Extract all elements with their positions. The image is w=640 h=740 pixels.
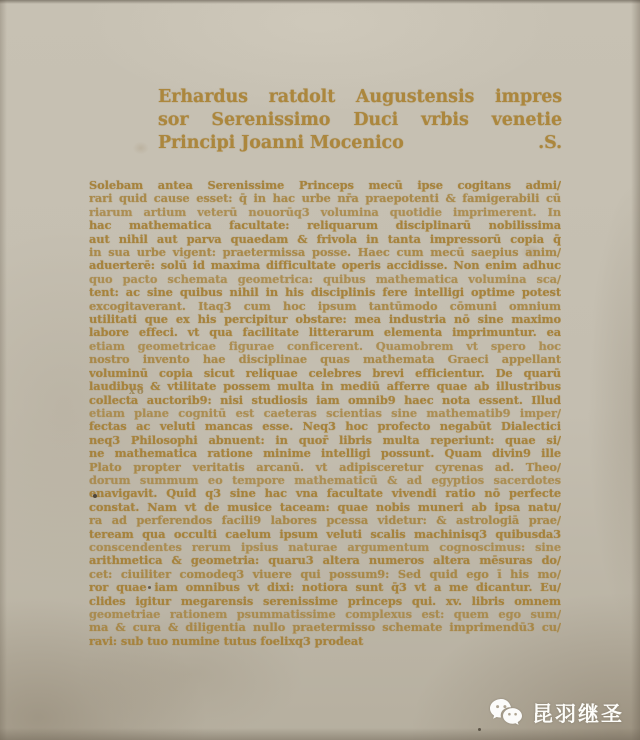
ink-spot (478, 728, 481, 731)
body-line: quo pacto schemata geometrica: quibus ma… (89, 273, 561, 286)
body-line: voluminū copia sicut reliquae celebres b… (89, 367, 561, 380)
body-line: constat. Nam vt de musice taceam: quae n… (89, 501, 561, 514)
ink-spot (93, 494, 97, 498)
body-line: etiam geometricae figurae conficerent. Q… (89, 340, 561, 353)
body-line: fectas ac veluti mancas esse. Neq3 hoc p… (89, 420, 561, 433)
body-line: in sua urbe vigent: praetermissa posse. … (89, 246, 561, 259)
body-line: cet: ciuiliter comodeq3 viuere qui possu… (89, 568, 561, 581)
body-line: geometriae rationem psummatissime comple… (89, 608, 561, 621)
watermark: 昆羽继圣 (489, 698, 624, 728)
body-line: etiam plane cognitū est caeteras scienti… (89, 407, 561, 420)
body-line: teream qua occulti caelum ipsum veluti s… (89, 528, 561, 541)
body-line: excogitaverant. Itaq3 cum hoc ipsum tant… (89, 300, 561, 313)
ink-spot (148, 586, 151, 589)
body-line: utilitati que ex his percipitur obstare:… (89, 313, 561, 326)
body-line: riarum artium veterū nouorūq3 volumina q… (89, 206, 561, 219)
body-line: enavigavit. Quid q3 sine hac vna faculta… (89, 487, 561, 500)
body-line: conscendentes rerum ipsius naturae argum… (89, 541, 561, 554)
body-line: arithmetica & geometria: quaru3 altera n… (89, 554, 561, 567)
body-line: aduerterē: solū id maxima difficultate o… (89, 259, 561, 272)
header-line: sor Serenissimo Duci vrbis venetie (158, 109, 562, 132)
dedication-body-text: Solebam antea Serenissime Princeps mecū … (89, 179, 561, 648)
body-line: laudibus & vtilitate possem multa in med… (89, 380, 561, 393)
watermark-label: 昆羽继圣 (532, 698, 624, 728)
dedication-name: Principi Joanni Mocenico (158, 132, 404, 155)
body-line: aut nihil aut parva quaedam & frivola in… (89, 233, 561, 246)
body-line: ra ad perferendos facili9 labores pcessa… (89, 514, 561, 527)
manuscript-page-photo: Erhardus ratdolt Augustensis impres sor … (0, 0, 640, 740)
header-line: Principi Joanni Mocenico .S. (158, 132, 562, 155)
body-line: Solebam antea Serenissime Princeps mecū … (89, 179, 561, 192)
body-line: labore effeci. vt qua facilitate littera… (89, 326, 561, 339)
body-line: dorum summum eo tempore mathematicū & ad… (89, 474, 561, 487)
body-line: neq3 Philosophi abnuent: in quor̄ libris… (89, 434, 561, 447)
body-line: Plato propter veritatis arcanū. vt adipi… (89, 461, 561, 474)
body-line: rari quid cause esset: q̄ in hac urbe nr… (89, 192, 561, 205)
salutation: .S. (498, 132, 562, 155)
body-line: tent: ac sine quibus nihil in his discip… (89, 286, 561, 299)
body-line: collecta auctorib9: nisi studiosis iam o… (89, 394, 561, 407)
dedication-header: Erhardus ratdolt Augustensis impres sor … (158, 86, 562, 155)
body-line: clides igitur megarensis serenissime pri… (89, 595, 561, 608)
body-line: ne mathematica ratione minime intelligi … (89, 447, 561, 460)
body-line: ravi: sub tuo numine tutus foelixq3 prod… (89, 635, 561, 648)
body-line: ror quae iam omnibus vt dixi: notiora su… (89, 581, 561, 594)
wechat-logo-icon (489, 698, 523, 728)
margin-annotation: xo (129, 386, 146, 397)
body-line: hac mathematica facultate: reliquarum di… (89, 219, 561, 232)
body-line: ma & cura & diligentia nullo praetermiss… (89, 621, 561, 634)
body-line: nostro invento hae disciplinae quas math… (89, 353, 561, 366)
header-line: Erhardus ratdolt Augustensis impres (158, 86, 562, 109)
